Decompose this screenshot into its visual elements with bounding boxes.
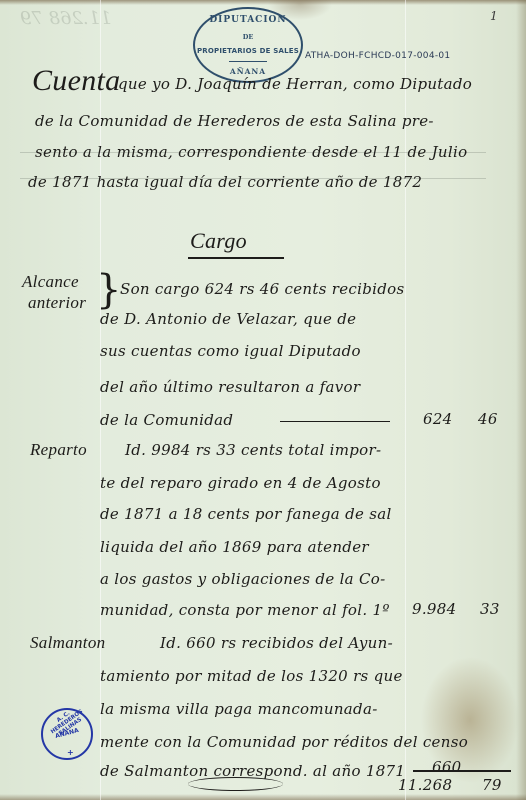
page-edge-right xyxy=(516,0,526,800)
stamp-text: DE xyxy=(195,33,301,41)
entry-line: Id. 9984 rs 33 cents total impor- xyxy=(125,441,381,459)
entry-line: la misma villa paga mancomunada- xyxy=(100,700,378,718)
total-pesetas: 11.268 xyxy=(398,776,452,794)
closing-flourish xyxy=(188,777,283,791)
oval-stamp: DIPUTACION DE PROPIETARIOS DE SALES AÑAN… xyxy=(193,7,303,83)
page-number: 1 xyxy=(490,9,498,23)
margin-label: anterior xyxy=(28,293,86,313)
entry-line: munidad, consta por menor al fol. 1º xyxy=(100,601,390,619)
round-stamp: A. C. HEREDEROS SALINAS AÑANA + xyxy=(41,708,93,760)
amount-pesetas: 9.984 xyxy=(412,600,456,618)
brace: } xyxy=(96,270,121,310)
amount-cents: 46 xyxy=(478,410,498,428)
bleed-through-number: 11.268 79 xyxy=(20,8,112,29)
amount-cents: 33 xyxy=(480,600,500,618)
entry-line: sus cuentas como igual Diputado xyxy=(100,342,361,360)
margin-label: Alcance xyxy=(22,272,79,292)
entry-line: liquida del año 1869 para atender xyxy=(100,538,369,556)
header-line: sento a la misma, correspondiente desde … xyxy=(35,143,467,161)
total-rule xyxy=(413,770,511,772)
archive-reference-code: ATHA-DOH-FCHCD-017-004-01 xyxy=(305,51,450,61)
total-cents: 79 xyxy=(482,776,502,794)
entry-line: de la Comunidad xyxy=(100,411,233,429)
stamp-text: DIPUTACION xyxy=(195,15,301,25)
page-edge-bottom xyxy=(0,794,526,800)
header-line: de 1871 hasta igual día del corriente añ… xyxy=(28,173,422,191)
header-line: que yo D. Joaquín de Herran, como Diputa… xyxy=(118,75,472,93)
entry-line: de 1871 a 18 cents por fanega de sal xyxy=(100,505,392,523)
manuscript-page: 11.268 79 DIPUTACION DE PROPIETARIOS DE … xyxy=(0,0,526,800)
title-word: Cuenta xyxy=(32,64,120,98)
entry-line: Son cargo 624 rs 46 cents recibidos xyxy=(120,280,404,298)
entry-line: te del reparo girado en 4 de Agosto xyxy=(100,474,381,492)
entry-line: Id. 660 rs recibidos del Ayun- xyxy=(160,634,393,652)
entry-line: de D. Antonio de Velazar, que de xyxy=(100,310,356,328)
amount-pesetas: 624 xyxy=(423,410,453,428)
entry-line: mente con la Comunidad por réditos del c… xyxy=(100,733,468,751)
margin-label: Reparto xyxy=(30,440,87,460)
header-line: de la Comunidad de Herederos de esta Sal… xyxy=(35,112,434,130)
section-title: Cargo xyxy=(190,228,247,254)
entry-line: tamiento por mitad de los 1320 rs que xyxy=(100,667,403,685)
stamp-text: PROPIETARIOS DE SALES xyxy=(195,47,301,55)
cross-icon: + xyxy=(67,748,74,757)
entry-line: a los gastos y obligaciones de la Co- xyxy=(100,570,385,588)
page-edge-top xyxy=(0,0,526,5)
section-title-underline xyxy=(188,257,284,259)
margin-label: Salmanton xyxy=(30,633,105,653)
entry-line: del año último resultaron a favor xyxy=(100,378,360,396)
stamp-separator xyxy=(229,61,267,62)
amount-pesetas: 660 xyxy=(432,758,462,776)
leader-line xyxy=(280,421,390,422)
